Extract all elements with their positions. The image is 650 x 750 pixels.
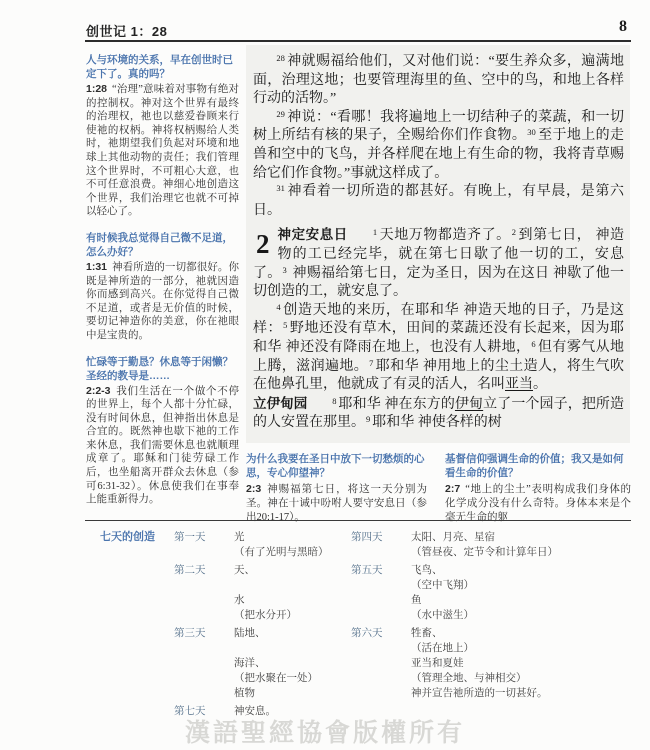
verse-number: 29	[276, 109, 285, 119]
note-text: “地上的尘土”表明构成我们身体的化学成分没有什么奇特。身体本来是个毫无生命的躯	[445, 484, 631, 523]
verse-number: 3	[283, 265, 287, 275]
commentary-section: 有时候我总觉得自己微不足道，怎么办好？ 1:31神看所造的一切都很好。你既是神所…	[86, 231, 239, 343]
day-items: 飞鸟、 （空中飞翔） 鱼 （水中滋生）	[411, 563, 631, 623]
verse-ref: 2:3	[246, 483, 261, 495]
verse-ref: 1:31	[86, 261, 107, 273]
verse-number: 7	[369, 358, 373, 368]
verse-ref: 2:2-3	[86, 385, 111, 397]
day-label: 第六天	[351, 626, 411, 701]
note-heading: 为什么我要在圣日中放下一切愁烦的心思，专心仰望神？	[246, 452, 427, 480]
verse-text: 耶和华 神在东方的	[338, 397, 454, 412]
creation-table-column-2: 第四天太阳、月亮、星宿 （管昼夜、定节令和计算年日） 第五天飞鸟、 （空中飞翔）…	[351, 530, 631, 704]
day-label: 第二天	[174, 563, 234, 623]
creation-table-title: 七天的创造	[100, 530, 155, 545]
creation-table-column-1: 第一天光 （有了光明与黑暗） 第二天天、 水 （把水分开） 第三天陆地、 海洋、…	[174, 530, 349, 722]
commentary-text: “治理”意味着对事物有绝对的控制权。神对这个世界有最终的治理权，祂也以慈爱眷顾来…	[86, 84, 239, 217]
verse-number: 2	[512, 227, 516, 237]
verse-number: 1	[373, 227, 377, 237]
note-text: 神赐福第七日，将这一天分别为圣。神在十诫中吩咐人要守安息日（参出20:1-17）…	[246, 484, 427, 523]
day-items: 天、 水 （把水分开）	[234, 563, 349, 623]
verse-text: 神赐福给第七日，定为圣日，因为在这日 神歇了他一切创造的工，就安息了。	[253, 266, 624, 300]
verse-text: 神就赐福给他们，又对他们说：“要生养众多，遍满地面，治理这地；也要管理海里的鱼、…	[253, 54, 624, 106]
verse-text: 神看着一切所造的都甚好。有晚上，有早晨，是第六日。	[253, 184, 624, 218]
table-row: 第五天飞鸟、 （空中飞翔） 鱼 （水中滋生）	[351, 563, 631, 623]
verse-text: 耶和华 神使各样的树	[372, 415, 502, 430]
verse-text: 。	[533, 377, 547, 392]
commentary-body: 1:28“治理”意味着对事物有绝对的控制权。神对这个世界有最终的治理权，祂也以慈…	[86, 83, 239, 219]
verse-number: 8	[332, 396, 336, 406]
note-life-value: 基督信仰强调生命的价值；我又是如何看生命的价值？ 2:7“地上的尘土”表明构成我…	[445, 452, 631, 525]
commentary-section: 忙碌等于勤恳？休息等于闲懒？圣经的教导是…… 2:2-3我们生活在一个做个不停的…	[86, 355, 239, 507]
day-items: 牲畜、 （活在地上） 亚当和夏娃 （管理全地、与神相交） 神并宣告祂所造的一切甚…	[411, 626, 631, 701]
verse-number: 31	[276, 183, 285, 193]
page-number: 8	[619, 18, 627, 36]
verse-number: 5	[283, 320, 287, 330]
verse-number: 4	[276, 302, 280, 312]
commentary-body: 2:2-3我们生活在一个做个不停的世界上，每个人都十分忙碌，没有时间休息，但神指…	[86, 385, 239, 507]
proper-noun-adam: 亚当	[505, 377, 533, 392]
section-heading-eden: 立伊甸园	[253, 396, 307, 411]
table-divider-rule	[85, 520, 631, 521]
scripture-panel: 28神就赐福给他们，又对他们说：“要生养众多，遍满地面，治理这地；也要管理海里的…	[246, 45, 630, 443]
verse-number: 28	[276, 53, 285, 63]
day-label: 第三天	[174, 626, 234, 701]
day-label: 第四天	[351, 530, 411, 560]
verse-ref: 1:28	[86, 83, 107, 95]
proper-noun-eden: 伊甸	[455, 397, 483, 412]
note-sabbath: 为什么我要在圣日中放下一切愁烦的心思，专心仰望神？ 2:3神赐福第七日，将这一天…	[246, 452, 427, 525]
table-row: 第六天牲畜、 （活在地上） 亚当和夏娃 （管理全地、与神相交） 神并宣告祂所造的…	[351, 626, 631, 701]
verse-paragraph: 31神看着一切所造的都甚好。有晚上，有早晨，是第六日。	[253, 183, 624, 220]
commentary-body: 1:31神看所造的一切都很好。你既是神所造的一部分，祂就因造你而感到高兴。在你觉…	[86, 261, 239, 343]
chapter-number: 2	[256, 229, 270, 259]
day-label: 第五天	[351, 563, 411, 623]
verse-paragraph: 29神说：“看哪！我将遍地上一切结种子的菜蔬，和一切树上所结有核的果子，全赐给你…	[253, 109, 624, 183]
commentary-heading: 人与环境的关系，早在创世时已定下了。真的吗？	[86, 53, 239, 81]
note-heading: 基督信仰强调生命的价值；我又是如何看生命的价值？	[445, 452, 631, 480]
note-body: 2:7“地上的尘土”表明构成我们身体的化学成分没有什么奇特。身体本来是个毫无生命…	[445, 482, 631, 525]
verse-number: 30	[527, 127, 536, 137]
table-row: 第四天太阳、月亮、星宿 （管昼夜、定节令和计算年日）	[351, 530, 631, 560]
chapter-heading: 神定安息日	[278, 227, 348, 242]
day-items: 太阳、月亮、星宿 （管昼夜、定节令和计算年日）	[411, 530, 631, 560]
verse-number: 9	[366, 414, 370, 424]
commentary-heading: 忙碌等于勤恳？休息等于闲懒？圣经的教导是……	[86, 355, 239, 383]
verse-ref: 2:7	[445, 483, 460, 495]
verse-paragraph: 4创造天地的来历，在耶和华 神造天地的日子，乃是这样：5野地还没有草木，田间的菜…	[253, 302, 624, 395]
note-body: 2:3神赐福第七日，将这一天分别为圣。神在十诫中吩咐人要守安息日（参出20:1-…	[246, 482, 427, 525]
commentary-column: 人与环境的关系，早在创世时已定下了。真的吗？ 1:28“治理”意味着对事物有绝对…	[86, 53, 239, 519]
header-rule	[85, 40, 631, 42]
day-label: 第一天	[174, 530, 234, 560]
commentary-text: 我们生活在一个做个不停的世界上，每个人都十分忙碌，没有时间休息，但神指出休息是合…	[86, 386, 239, 506]
commentary-section: 人与环境的关系，早在创世时已定下了。真的吗？ 1:28“治理”意味着对事物有绝对…	[86, 53, 239, 219]
table-row: 第二天天、 水 （把水分开）	[174, 563, 349, 623]
commentary-heading: 有时候我总觉得自己微不足道，怎么办好？	[86, 231, 239, 259]
table-row: 第一天光 （有了光明与黑暗）	[174, 530, 349, 560]
verse-paragraph: 28神就赐福给他们，又对他们说：“要生养众多，遍满地面，治理这地；也要管理海里的…	[253, 53, 624, 109]
verse-number: 6	[531, 339, 535, 349]
verse-text: 天地万物都造齐了。	[379, 228, 511, 243]
day-items: 陆地、 海洋、 （把水聚在一处） 植物	[234, 626, 349, 701]
publisher-watermark: 漢語聖經協會版權所有	[0, 713, 650, 749]
verse-paragraph: 立伊甸园8耶和华 神在东方的伊甸立了一个园子，把所造的人安置在那里。9耶和华 神…	[253, 395, 624, 433]
day-items: 光 （有了光明与黑暗）	[234, 530, 349, 560]
table-row: 第三天陆地、 海洋、 （把水聚在一处） 植物	[174, 626, 349, 701]
commentary-text: 神看所造的一切都很好。你既是神所造的一部分，祂就因造你而感到高兴。在你觉得自己微…	[86, 262, 239, 341]
chapter-2-paragraph: 2神定安息日1天地万物都造齐了。2到第七日， 神造物的工已经完毕，就在第七日歇了…	[253, 226, 624, 301]
page-header-reference: 创世记 1：28	[86, 21, 167, 40]
bible-page: 创世记 1：28 8 人与环境的关系，早在创世时已定下了。真的吗？ 1:28“治…	[0, 0, 650, 750]
